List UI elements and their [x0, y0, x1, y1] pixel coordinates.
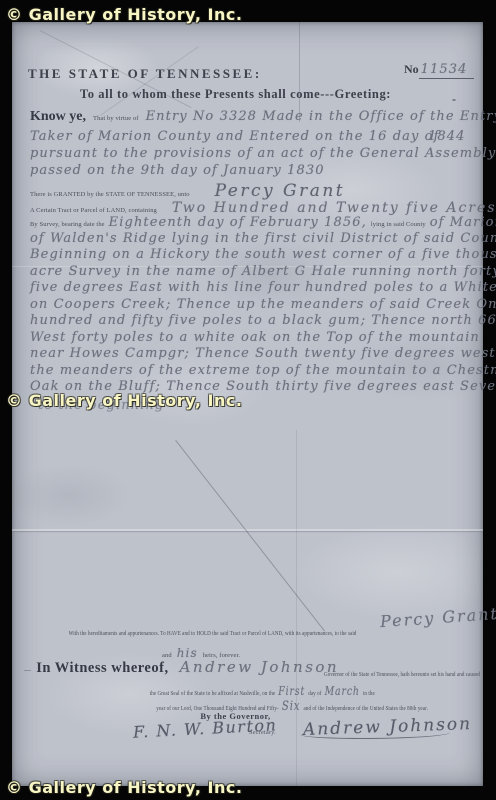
description-line: near Howes Campgr; Thence South twenty f… [30, 346, 496, 361]
by-virtue-label: That by virtue of [93, 115, 139, 122]
witness-fine-print-2: the Great Seal of the State to be affixe… [150, 690, 275, 697]
seal-line: the Great Seal of the State to be affixe… [150, 684, 375, 698]
granted-label: There is GRANTED by the STATE OF TENNESS… [30, 191, 190, 198]
witness-label: In Witness whereof, [36, 660, 168, 677]
document-number-value: 11534 [419, 62, 474, 79]
description-line: Beginning on a Hickory the south west co… [30, 247, 496, 262]
survey-county-label: lying in said County [371, 221, 426, 228]
description-line: of Walden's Ridge lying in the first civ… [30, 231, 496, 246]
day-handwriting: First [278, 684, 305, 698]
greeting-dash: - [452, 92, 456, 107]
survey-label: By Survey, bearing date the [30, 221, 105, 228]
watermark-bottom: © Gallery of History, Inc. [6, 778, 242, 797]
taker-year: 1844 [428, 129, 465, 144]
granted-line: There is GRANTED by the STATE OF TENNESS… [30, 181, 345, 201]
witness-line: — In Witness whereof, Andrew Johnson [24, 658, 339, 677]
month-handwriting: March [325, 684, 360, 698]
witness-dash: — [24, 666, 31, 674]
secretary-label: Secretary. [249, 729, 276, 736]
description-line: West forty poles to a white oak on the T… [30, 330, 480, 345]
passed-line: passed on the 9th day of January 1830 [30, 163, 325, 178]
know-ye-label: Know ye, [30, 109, 86, 125]
grantee-name: Percy Grant [215, 181, 346, 201]
description-line: acre Survey in the name of Albert G Hale… [30, 264, 496, 279]
parcel-label: A Certain Tract or Parcel of LAND, conta… [30, 207, 157, 214]
watermark-middle: © Gallery of History, Inc. [6, 391, 242, 410]
taker-line: Taker of Marion County and Entered on th… [30, 129, 440, 144]
entry-handwriting: Entry No 3328 Made in the Office of the … [146, 109, 496, 124]
description-line: hundred and fifty five poles to a black … [30, 313, 496, 328]
document-number-label: No [404, 62, 419, 76]
know-ye-line: Know ye, That by virtue of Entry No 3328… [30, 109, 496, 125]
witness-fine-print-1: Governor of the State of Tennessee, hath… [324, 671, 480, 678]
greeting-line: To all to whom these Presents shall come… [0, 87, 471, 102]
in-the-label: in the [363, 690, 375, 697]
watermark-top: © Gallery of History, Inc. [6, 5, 242, 24]
description-line: five degrees East with his line four hun… [30, 280, 496, 295]
document-number: No11534 [404, 62, 474, 77]
day-of-label: day of [308, 690, 321, 697]
have-and-hold-line: With the hereditaments and appurtenances… [69, 630, 357, 637]
pursuant-line: pursuant to the provisions of an act of … [30, 146, 496, 161]
description-line: the meanders of the extreme top of the m… [30, 363, 496, 378]
survey-line: By Survey, bearing date the Eighteenth d… [30, 215, 496, 230]
parcel-line: A Certain Tract or Parcel of LAND, conta… [30, 200, 496, 216]
acreage-handwriting: Two Hundred and Twenty five Acres [172, 200, 496, 216]
governor-name-handwriting: Andrew Johnson [180, 658, 340, 676]
state-title: THE STATE OF TENNESSEE: [28, 66, 262, 82]
survey-county-handwriting: of Marion on the Top [430, 215, 496, 230]
survey-date-handwriting: Eighteenth day of February 1856, [109, 215, 367, 230]
description-line: on Coopers Creek; Thence up the meanders… [30, 297, 496, 312]
scanned-document-photo: THE STATE OF TENNESSEE: No11534 To all t… [0, 0, 496, 800]
